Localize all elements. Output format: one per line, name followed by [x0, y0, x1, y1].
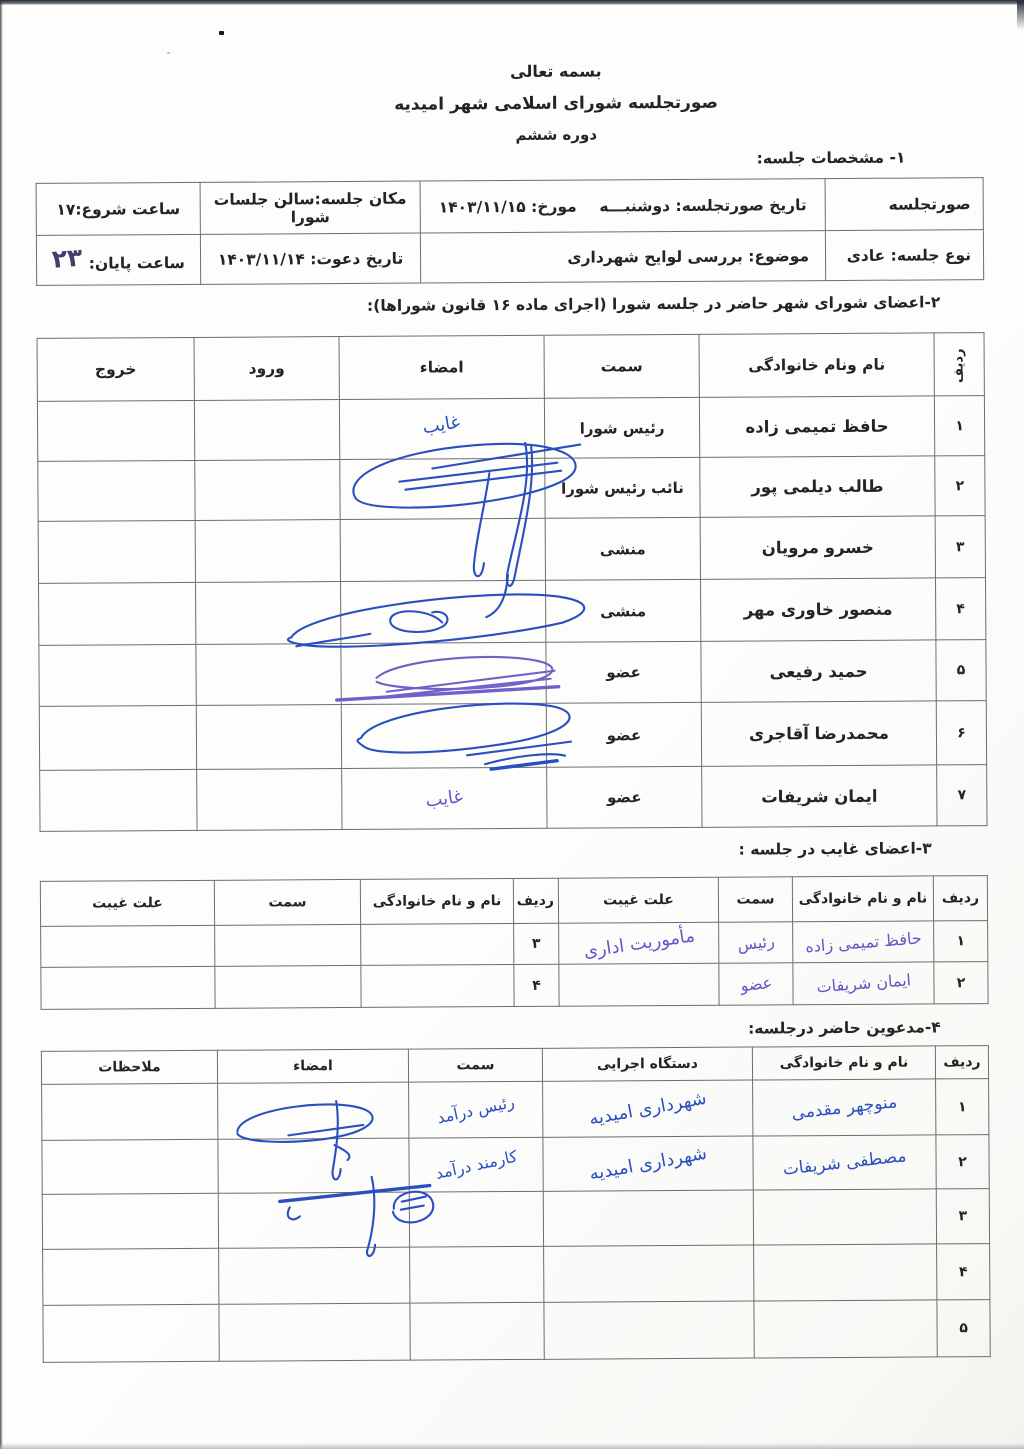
scan-speck: [219, 31, 224, 35]
member-row: ۲ طالب دیلمی پور نائب رئیس شورا: [38, 456, 985, 522]
absent-position: [215, 965, 361, 1008]
section3-heading: ۳-اعضای غایب در جلسه :: [739, 839, 932, 858]
absence-reason: مأموریت اداری: [559, 922, 719, 964]
col-notes: ملاحظات: [41, 1050, 217, 1084]
table-header-row: ردیف نام و نام خانوادگی سمت علت غیبت ردی…: [40, 876, 987, 927]
meeting-location-cell: مکان جلسه:سالن جلسات شورا: [200, 181, 420, 234]
signature-cell: [219, 1303, 410, 1361]
absent-name: [361, 964, 514, 1007]
scan-edge-right: [1017, 0, 1024, 30]
member-name: منصور خاوری مهر: [701, 578, 936, 641]
handwritten-agency: شهرداری امیدیه: [588, 1143, 709, 1185]
absent-row: ۲ ایمان شریفات عضو ۴: [41, 962, 988, 1010]
exit-cell: [39, 644, 196, 706]
invite-date-cell: تاریخ دعوت: ۱۴۰۳/۱۱/۱۴: [200, 233, 420, 284]
council-term: دوره ششم: [91, 123, 1021, 147]
absent-position: [215, 924, 361, 966]
document-header: بسمه تعالی صورتجلسه شورای اسلامی شهر امی…: [91, 59, 1021, 147]
member-row-number: ۴: [935, 578, 985, 640]
minutes-label-cell: صورتجلسه: [825, 178, 983, 231]
col-signature: امضاء: [339, 335, 544, 399]
exit-cell: [39, 582, 196, 645]
col-agency: دستگاه اجرایی: [542, 1047, 752, 1081]
signature-cell: [341, 642, 546, 704]
guest-position: [410, 1246, 544, 1303]
absence-reason: [559, 963, 719, 1006]
guest-row-number: ۱: [936, 1079, 989, 1135]
col-position: سمت: [408, 1048, 542, 1082]
signature-cell: [219, 1247, 410, 1304]
table-row: نوع جلسه: عادی موضوع: بررسی لوایح شهردار…: [36, 230, 983, 286]
entry-cell: [195, 520, 340, 583]
member-name: ایمان شریفات: [702, 765, 937, 827]
member-position: عضو: [547, 766, 702, 828]
guest-agency: شهرداری امیدیه: [543, 1080, 753, 1137]
member-row: ۷ ایمان شریفات عضو غایب: [40, 765, 987, 832]
meeting-date-label: تاریخ صورتجلسه: دوشنبـــه: [599, 196, 807, 215]
guest-position: کارمند درآمد: [409, 1137, 543, 1192]
col-signature: امضاء: [217, 1049, 408, 1083]
absent-row-number: ۳: [514, 923, 559, 964]
col-row-number: ردیف: [513, 878, 558, 923]
handwritten-position: رئیس درآمد: [435, 1092, 516, 1127]
bismillah-line: بسمه تعالی: [91, 59, 1021, 84]
guest-agency: [543, 1190, 753, 1246]
guest-agency: [544, 1301, 754, 1359]
absent-note-handwritten: غایب: [421, 412, 462, 439]
member-row: ۵ حمید رفیعی عضو: [39, 640, 986, 707]
scan-edge-left: [0, 0, 3, 1449]
absence-reason: [41, 966, 215, 1009]
subject-cell: موضوع: بررسی لوایح شهرداری: [420, 231, 825, 283]
member-row: ۱ حافظ تمیمی زاده رئیس شورا غایب: [37, 396, 984, 462]
signature-cell: [341, 703, 546, 768]
entry-cell: [196, 705, 341, 770]
col-entry: ورود: [194, 337, 339, 401]
member-name: طالب دیلمی پور: [700, 456, 935, 517]
col-position: سمت: [544, 334, 699, 398]
guest-row-number: ۲: [936, 1135, 989, 1189]
guest-row: ۴: [43, 1244, 990, 1306]
member-row: ۴ منصور خاوری مهر منشی: [39, 578, 986, 646]
absence-reason: [41, 925, 215, 967]
end-time-label: ساعت پایان:: [89, 254, 185, 273]
member-position: منشی: [545, 517, 700, 580]
exit-cell: [37, 400, 194, 461]
exit-cell: [38, 460, 195, 521]
meeting-specs-table: صورتجلسه تاریخ صورتجلسه: دوشنبـــه مورخ:…: [36, 177, 985, 286]
col-row-number: ردیف: [935, 1046, 988, 1079]
member-position: رئیس شورا: [544, 397, 699, 458]
handwritten-position: رئیس: [736, 931, 775, 954]
notes-cell: [43, 1304, 219, 1362]
col-full-name: نام و نام خانوادگی: [752, 1046, 935, 1080]
invited-guests-table: ردیف نام و نام خانوادگی دستگاه اجرایی سم…: [41, 1045, 991, 1363]
guest-name: [754, 1300, 937, 1358]
end-time-handwritten-value: ۲۳: [51, 243, 84, 274]
document-title: صورتجلسه شورای اسلامی شهر امیدیه: [91, 91, 1021, 117]
guest-row-number: ۵: [937, 1300, 990, 1357]
member-position: عضو: [546, 641, 701, 703]
handwritten-agency: شهرداری امیدیه: [587, 1088, 708, 1130]
guest-position: [409, 1191, 543, 1247]
guest-row-number: ۳: [936, 1189, 989, 1244]
signature-cell: غایب: [342, 767, 547, 829]
absent-note-handwritten: غایب: [424, 786, 464, 812]
meeting-date-cell: تاریخ صورتجلسه: دوشنبـــه مورخ: ۱۴۰۳/۱۱/…: [420, 179, 825, 233]
signature-cell: [340, 458, 545, 519]
present-members-table: ردیف نام ونام خانوادگی سمت امضاء ورود خر…: [37, 332, 988, 832]
signature-cell: [340, 518, 545, 581]
notes-cell: [42, 1193, 218, 1249]
entry-cell: [197, 769, 342, 831]
handwritten-name: حافظ تمیمی زاده: [804, 928, 922, 956]
absent-name: [361, 923, 514, 965]
member-position: منشی: [546, 579, 701, 642]
table-row: صورتجلسه تاریخ صورتجلسه: دوشنبـــه مورخ:…: [36, 178, 983, 236]
entry-cell: [195, 460, 340, 521]
member-row-number: ۳: [935, 516, 985, 578]
scanned-document-page: بسمه تعالی صورتجلسه شورای اسلامی شهر امی…: [0, 0, 1024, 1449]
exit-cell: [39, 705, 196, 770]
absent-name: حافظ تمیمی زاده: [793, 921, 934, 963]
col-absence-reason: علت غیبت: [558, 877, 718, 923]
section4-heading: ۴-مدعوین حاضر درجلسه:: [748, 1018, 941, 1037]
col-full-name: نام و نام خانوادگی: [360, 878, 513, 924]
guest-row: ۳: [42, 1189, 989, 1250]
signature-cell: [218, 1138, 409, 1193]
col-row-number: ردیف: [934, 333, 984, 396]
member-row-number: ۱: [934, 396, 984, 456]
exit-cell: [38, 520, 195, 583]
scan-edge-bottom: [0, 1443, 1024, 1449]
handwritten-position: عضو: [739, 973, 773, 995]
guest-row: ۲ مصطفی شریفات شهرداری امیدیه کارمند درآ…: [42, 1135, 989, 1195]
table-header-row: ردیف نام ونام خانوادگی سمت امضاء ورود خر…: [37, 333, 984, 402]
handwritten-name: منوچهر مقدمی: [790, 1092, 898, 1124]
member-name: خسرو مرویان: [700, 516, 935, 579]
guest-row: ۱ منوچهر مقدمی شهرداری امیدیه رئیس درآمد: [42, 1079, 989, 1141]
member-row: ۶ محمدرضا آقاجری عضو: [39, 701, 986, 771]
guest-name: [753, 1189, 936, 1245]
signature-cell: [218, 1192, 409, 1248]
member-row-number: ۲: [935, 456, 985, 516]
entry-cell: [196, 582, 341, 645]
member-name: محمدرضا آقاجری: [701, 701, 936, 766]
signature-cell: غایب: [339, 398, 544, 459]
member-row-number: ۶: [936, 701, 986, 765]
handwritten-reason: مأموریت اداری: [582, 925, 696, 962]
member-row: ۳ خسرو مرویان منشی: [38, 516, 985, 584]
guest-row: ۵: [43, 1300, 990, 1363]
guest-name: [754, 1244, 937, 1301]
guest-agency: [544, 1245, 754, 1302]
member-row-number: ۷: [937, 765, 987, 826]
notes-cell: [42, 1083, 218, 1140]
col-full-name: نام و نام خانوادگی: [792, 876, 933, 922]
meeting-date-value: مورخ: ۱۴۰۳/۱۱/۱۵: [439, 197, 577, 216]
member-name: حمید رفیعی: [701, 640, 936, 702]
absent-row-number: ۴: [514, 964, 559, 1006]
section1-heading: ۱- مشخصات جلسه:: [757, 149, 906, 168]
scan-speck: [167, 52, 170, 54]
signature-cell: [341, 580, 546, 643]
absent-members-table: ردیف نام و نام خانوادگی سمت علت غیبت ردی…: [40, 875, 989, 1010]
notes-cell: [42, 1139, 218, 1194]
exit-cell: [40, 769, 197, 831]
guest-name: مصطفی شریفات: [753, 1135, 936, 1190]
absent-row: ۱ حافظ تمیمی زاده رئیس مأموریت اداری ۳: [41, 921, 988, 968]
absent-row-number: ۲: [934, 962, 988, 1004]
absent-position: رئیس: [719, 922, 793, 963]
entry-cell: [196, 644, 341, 706]
member-row-number: ۵: [936, 640, 986, 701]
signature-cell: [218, 1082, 409, 1139]
scan-edge-top: [0, 0, 1024, 5]
absent-position: عضو: [719, 963, 793, 1005]
col-absence-reason: علت غیبت: [40, 880, 214, 926]
member-name: حافظ تمیمی زاده: [699, 396, 934, 457]
guest-position: [410, 1302, 544, 1360]
start-time-cell: ساعت شروع:۱۷: [36, 182, 200, 235]
member-position: عضو: [546, 702, 701, 767]
notes-cell: [43, 1248, 219, 1305]
col-position: سمت: [214, 879, 360, 925]
guest-row-number: ۴: [937, 1244, 990, 1300]
guest-position: رئیس درآمد: [409, 1081, 543, 1138]
entry-cell: [194, 400, 339, 461]
meeting-type-cell: نوع جلسه: عادی: [825, 230, 983, 281]
col-full-name: نام ونام خانوادگی: [699, 333, 934, 397]
document-content: بسمه تعالی صورتجلسه شورای اسلامی شهر امی…: [0, 0, 1024, 1449]
guest-agency: شهرداری امیدیه: [543, 1136, 753, 1191]
guest-name: منوچهر مقدمی: [753, 1079, 936, 1136]
end-time-cell: ساعت پایان:۲۳: [36, 234, 200, 285]
absent-name: ایمان شریفات: [793, 962, 934, 1005]
col-position: سمت: [718, 877, 792, 922]
absent-row-number: ۱: [934, 921, 988, 962]
handwritten-name: مصطفی شریفات: [782, 1146, 908, 1180]
section2-heading: ۲-اعضای شورای شهر حاضر در جلسه شورا (اجر…: [367, 293, 940, 315]
member-position: نائب رئیس شورا: [545, 457, 700, 518]
handwritten-position: کارمند درآمد: [433, 1147, 519, 1183]
col-row-number: ردیف: [933, 876, 987, 921]
col-exit: خروج: [37, 337, 194, 401]
handwritten-name: ایمان شریفات: [816, 970, 912, 996]
